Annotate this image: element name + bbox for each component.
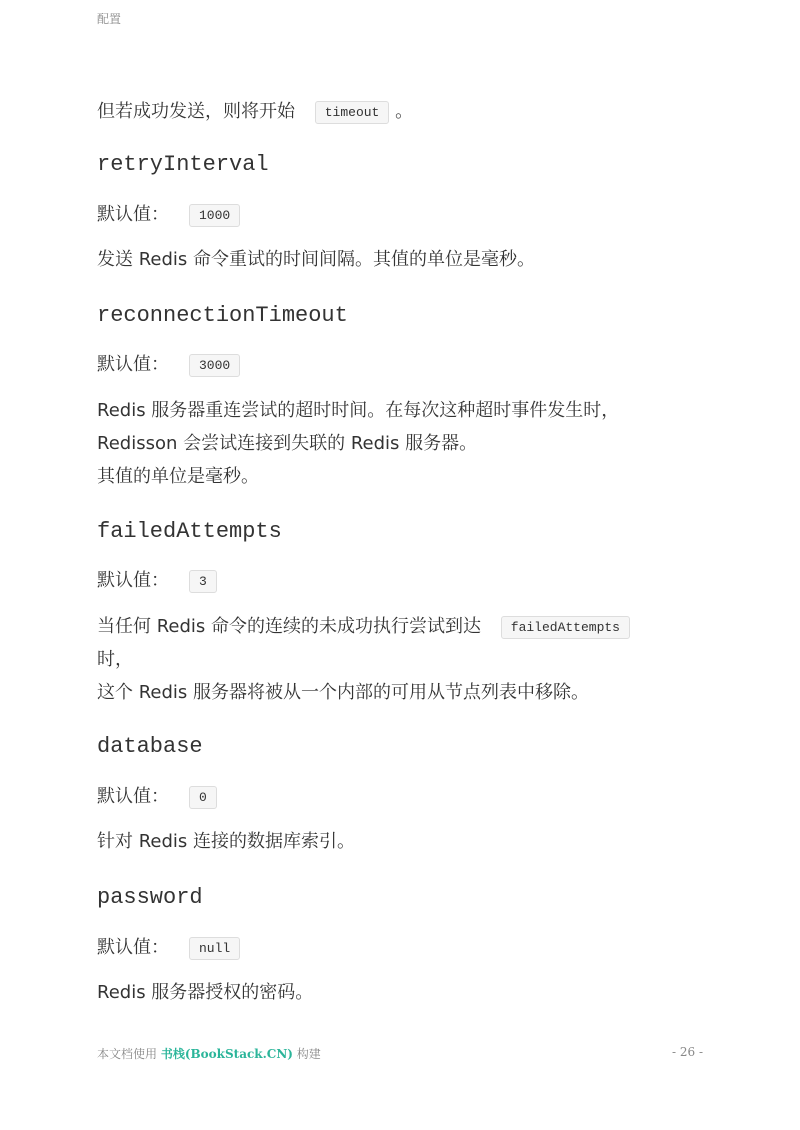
default-value-code: 0 — [189, 786, 217, 809]
section-description: Redis 服务器重连尝试的超时时间。在每次这种超时事件发生时， Redisso… — [97, 394, 619, 493]
description-line: 这个 Redis 服务器将被从一个内部的可用从节点列表中移除。 — [97, 676, 630, 709]
default-label: 默认值： — [97, 200, 169, 226]
section-title-password: password — [97, 885, 203, 910]
description-line: 其值的单位是毫秒。 — [97, 460, 619, 493]
inline-code-failed-attempts: failedAttempts — [501, 616, 630, 639]
running-header: 配置 — [97, 10, 121, 27]
default-value-code: null — [189, 937, 240, 960]
page-number: - 26 - — [672, 1045, 703, 1059]
inline-code-timeout: timeout — [315, 101, 390, 124]
footer-suffix: 构建 — [297, 1047, 321, 1061]
default-label: 默认值： — [97, 566, 169, 592]
intro-paragraph: 但若成功发送，则将开始 timeout 。 — [97, 95, 413, 128]
description-line: 时， — [97, 643, 630, 676]
intro-text: 但若成功发送，则将开始 — [97, 101, 295, 122]
footer-prefix: 本文档使用 — [97, 1047, 157, 1061]
section-title-failed-attempts: failedAttempts — [97, 519, 282, 544]
default-value-line: 默认值：null — [97, 933, 240, 960]
section-title-reconnection-timeout: reconnectionTimeout — [97, 303, 348, 328]
default-value-code: 3 — [189, 570, 217, 593]
default-value-line: 默认值：3 — [97, 566, 217, 593]
description-line: 发送 Redis 命令重试的时间间隔。其值的单位是毫秒。 — [97, 249, 535, 270]
section-title-database: database — [97, 734, 203, 759]
default-label: 默认值： — [97, 933, 169, 959]
default-value-line: 默认值：1000 — [97, 200, 240, 227]
default-value-code: 3000 — [189, 354, 240, 377]
page-footer: 本文档使用 书栈(BookStack.CN) 构建 - 26 - — [97, 1045, 703, 1062]
description-line: 针对 Redis 连接的数据库索引。 — [97, 831, 355, 852]
section-title-retry-interval: retryInterval — [97, 152, 269, 177]
description-line: Redisson 会尝试连接到失联的 Redis 服务器。 — [97, 427, 619, 460]
description-line: 当任何 Redis 命令的连续的未成功执行尝试到达 — [97, 616, 481, 637]
section-description: Redis 服务器授权的密码。 — [97, 976, 313, 1009]
section-description: 当任何 Redis 命令的连续的未成功执行尝试到达 failedAttempts… — [97, 610, 630, 709]
default-label: 默认值： — [97, 782, 169, 808]
default-value-line: 默认值：3000 — [97, 350, 240, 377]
footer-brand-link[interactable]: 书栈(BookStack.CN) — [161, 1047, 293, 1061]
description-line: Redis 服务器重连尝试的超时时间。在每次这种超时事件发生时， — [97, 394, 619, 427]
default-label: 默认值： — [97, 350, 169, 376]
intro-text-end: 。 — [395, 101, 413, 122]
default-value-line: 默认值：0 — [97, 782, 217, 809]
description-line: Redis 服务器授权的密码。 — [97, 982, 313, 1003]
default-value-code: 1000 — [189, 204, 240, 227]
section-description: 发送 Redis 命令重试的时间间隔。其值的单位是毫秒。 — [97, 243, 535, 276]
section-description: 针对 Redis 连接的数据库索引。 — [97, 825, 355, 858]
